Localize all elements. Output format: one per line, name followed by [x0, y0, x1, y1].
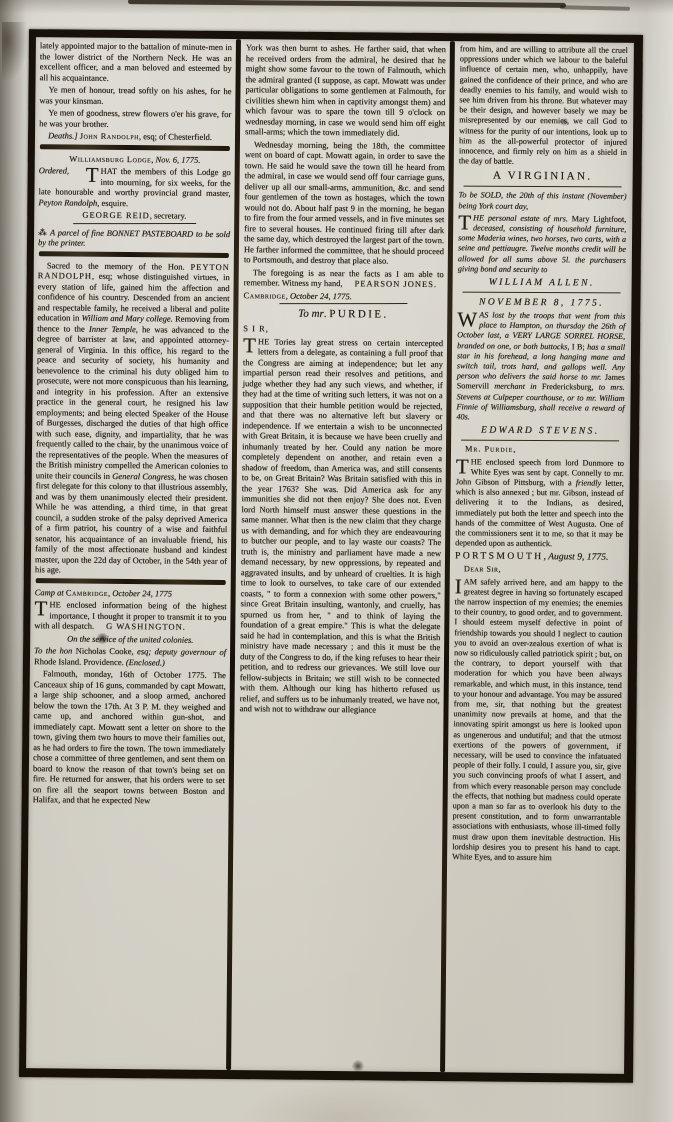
text-run: HE personal estate of mrs.: [473, 213, 572, 223]
article-paragraph: Cambridge, October 24, 1775.: [243, 290, 443, 302]
text-run: PORTSMOUTH: [455, 551, 544, 563]
section-divider: [39, 251, 229, 258]
text-run: , he was chosen first delegate for this …: [35, 471, 228, 574]
text-run: EDWARD STEVENS.: [481, 425, 600, 437]
text-run: PEARSON JONES.: [342, 278, 437, 289]
drop-cap: T: [86, 166, 101, 186]
article-paragraph: Falmouth, monday, 16th of October 1775. …: [33, 668, 226, 806]
paper-stain: [240, 1082, 440, 1122]
text-run: Camp at: [35, 587, 66, 597]
text-run: PURDIE.: [329, 308, 388, 321]
article-paragraph: IAM safely arrived here, and am happy to…: [452, 577, 623, 864]
text-run: Ye men of honour, tread softly on his as…: [39, 84, 231, 105]
text-run: York was then burnt to ashes. He farther…: [245, 42, 446, 137]
article-paragraph: A VIRGINIAN.: [459, 170, 627, 185]
rule-divider: [279, 303, 407, 304]
rule-divider: [463, 292, 621, 294]
drop-cap: T: [456, 457, 471, 477]
article-paragraph: THE enclosed information being of the hi…: [34, 599, 226, 632]
article-paragraph: Deaths.] John Randolph, esq; of Chesterf…: [39, 130, 231, 142]
rule-divider: [464, 186, 622, 188]
text-run: Mary Lightfoot,: [572, 214, 627, 224]
article-paragraph: The foregoing is as near the facts as I …: [244, 267, 444, 290]
article-paragraph: from him, and are willing to attribute a…: [459, 44, 628, 168]
text-run: AM safely arrived here, and am happy to …: [452, 577, 623, 862]
article-paragraph: ⁂ A parcel of fine BONNET PASTEBOARD to …: [38, 227, 230, 250]
article-paragraph: S I R,: [243, 323, 443, 335]
text-run: Sacred to the memory of the Hon.: [47, 260, 191, 271]
scan-artifact: [2, 22, 28, 82]
text-run: A parcel of fine BONNET PASTEBOARD to be…: [38, 227, 230, 248]
drop-cap: T: [243, 336, 258, 356]
text-run: To be SOLD, the 20th of this instant (No…: [458, 191, 626, 211]
scan-artifact: [560, 5, 630, 10]
lead-word: Ordered,: [39, 165, 86, 176]
article-paragraph: Sacred to the memory of the Hon. PEYTON …: [35, 260, 230, 577]
text-run: merchant in: [494, 382, 542, 391]
text-run: WILLIAM ALLEN.: [489, 277, 595, 289]
article-paragraph: Ye men of goodness, strew flowers o'er h…: [39, 107, 231, 130]
text-run: esq; deputy governour of: [137, 646, 226, 657]
scan-artifact: [128, 0, 566, 8]
news-column-3: from him, and are willing to attribute a…: [446, 41, 631, 1074]
text-run: Deaths.]: [48, 130, 80, 140]
text-run: NOVEMBER 8, 1775.: [479, 296, 604, 308]
text-run: Falmouth, monday, 16th of October 1775. …: [33, 668, 226, 805]
text-run: General Congress: [112, 470, 174, 481]
text-run: , Nov. 6, 1775.: [151, 154, 200, 164]
article-paragraph: THE Tories lay great stress on certain i…: [239, 336, 443, 716]
text-run: Mr. Purdie,: [465, 445, 516, 454]
article-paragraph: Ye men of honour, tread softly on his as…: [39, 84, 231, 107]
text-run: John Randolph: [80, 131, 139, 142]
text-run: S I R,: [243, 323, 269, 333]
text-run: Wednesday morning, being the 18th, the c…: [244, 139, 445, 266]
text-run: GEORGE REID: [82, 210, 150, 221]
text-run: HE Tories lay great stress on certain in…: [239, 336, 443, 715]
text-run: To the hon: [34, 645, 76, 655]
article-paragraph: Wednesday morning, being the 18th, the c…: [244, 139, 445, 267]
text-run: Williamsburg Lodge: [69, 153, 151, 164]
text-run: On the service of the united colonies.: [67, 633, 193, 644]
article-paragraph: York was then burnt to ashes. He farther…: [245, 42, 446, 138]
article-paragraph: Dear Sir,: [455, 565, 623, 577]
drop-cap: I: [455, 577, 464, 597]
section-divider: [36, 578, 226, 585]
text-run: , he was advanced to the degree of barri…: [36, 324, 229, 481]
text-run: from him, and are willing to attribute a…: [459, 44, 628, 166]
article-paragraph: To the hon Nicholas Cooke, esq; deputy g…: [34, 645, 226, 668]
text-run: deceased, consisting of household furnit…: [458, 223, 626, 274]
news-column-1: lately appointed major to the battalion …: [26, 37, 235, 1070]
text-run: Inner Temple: [89, 323, 136, 333]
text-run: branded on one, or both buttocks,: [457, 341, 572, 351]
text-run: Peyton Randolph: [38, 197, 97, 208]
text-run: , secretary.: [150, 210, 187, 220]
article-paragraph: Mr. Purdie,: [456, 444, 624, 456]
text-run: letter, which is also annexed ; but mr. …: [455, 478, 624, 548]
text-run: , esq; of Chesterfield.: [139, 131, 212, 142]
text-run: Ye men of goodness, strew flowers o'er h…: [39, 107, 231, 128]
article-paragraph: Camp at Cambridge, October 24, 1775: [35, 587, 227, 599]
article-paragraph: WAS lost by the troops that went from th…: [456, 310, 625, 424]
article-paragraph: On the service of the united colonies.: [34, 633, 226, 645]
text-run: , August 9, 1775.: [543, 551, 608, 563]
text-run: Dear Sir,: [464, 565, 501, 574]
text-run: William and Mary college.: [81, 313, 172, 324]
article-paragraph: lately appointed major to the battalion …: [40, 40, 232, 84]
article-paragraph: THE enclosed speech from lord Dunmore to…: [455, 457, 624, 550]
news-column-2: York was then burnt to ashes. He farther…: [232, 39, 449, 1072]
text-run: Fredericksburg,: [542, 383, 599, 393]
article-paragraph: EDWARD STEVENS.: [456, 424, 624, 438]
article-paragraph: Williamsburg Lodge, Nov. 6, 1775.: [39, 153, 231, 165]
text-run: , October 24, 1775.: [286, 290, 352, 301]
article-paragraph: PORTSMOUTH, August 9, 1775.: [455, 551, 623, 565]
text-run: A VIRGINIAN.: [493, 170, 593, 183]
text-run: Nicholas Cooke,: [76, 646, 137, 657]
text-run: Cambridge: [243, 290, 285, 300]
drop-cap: T: [458, 213, 473, 233]
article-paragraph: WILLIAM ALLEN.: [458, 276, 626, 290]
text-run: G WASHINGTON.: [94, 621, 186, 632]
text-run: ⁂: [38, 227, 50, 237]
section-divider: [40, 144, 230, 151]
text-run: Rhode Island. Providence.: [34, 656, 126, 667]
newspaper-page-scan: lately appointed major to the battalion …: [0, 0, 673, 1122]
text-run: I B;: [572, 342, 587, 351]
text-run: a VERY LARGE SORREL HORSE,: [505, 331, 625, 341]
printed-text-frame: lately appointed major to the battalion …: [19, 29, 643, 1083]
article-paragraph: GEORGE REID, secretary.: [38, 209, 230, 221]
article-paragraph: To be SOLD, the 20th of this instant (No…: [458, 191, 626, 213]
article-paragraph: NOVEMBER 8, 1775.: [457, 296, 625, 310]
text-run: , October 24, 1775: [108, 587, 172, 598]
text-run: Cambridge: [66, 587, 108, 597]
text-run: , esquire.: [97, 197, 128, 207]
text-run: To mr: [298, 308, 324, 320]
article-paragraph: THE personal estate of mrs. Mary Lightfo…: [458, 213, 627, 276]
rule-divider: [73, 223, 196, 224]
text-run: lately appointed major to the battalion …: [40, 40, 232, 82]
drop-cap: T: [34, 599, 49, 619]
article-paragraph: Ordered,THAT the members of this Lodge g…: [38, 165, 230, 209]
rule-divider: [461, 440, 619, 442]
text-run: friendly: [576, 478, 602, 487]
article-paragraph: To mr. PURDIE.: [243, 307, 443, 322]
text-run: (Enclosed.): [126, 657, 165, 667]
drop-cap: W: [457, 310, 479, 330]
